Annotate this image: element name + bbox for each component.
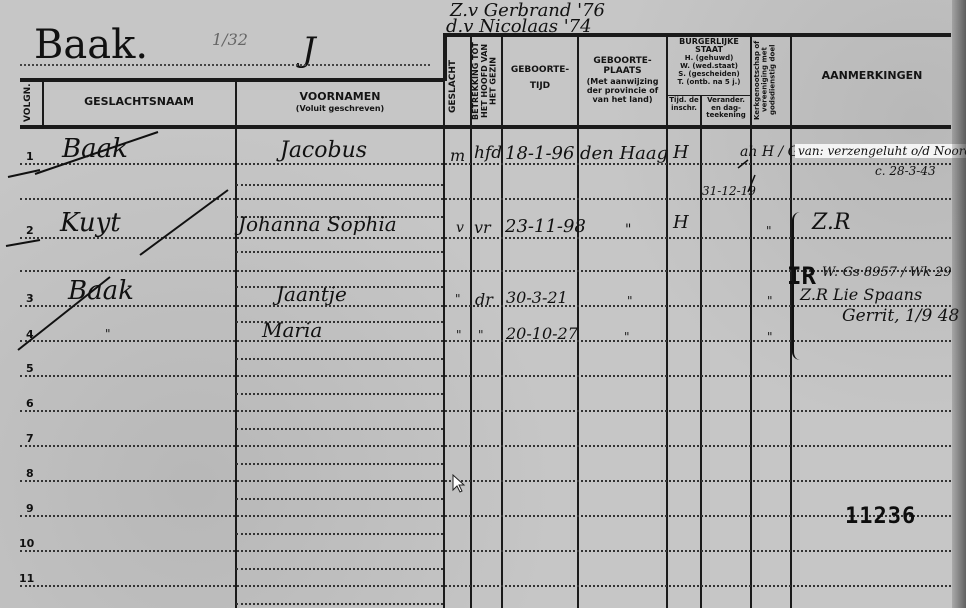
mouse-cursor-icon [452,474,466,494]
registration-card: Baak. 1/32 J Z.v Gerbrand '76 d.v Nicola… [0,0,966,608]
handwritten-strokes [0,0,966,608]
archive-number: 11236 [845,504,916,529]
card-edge-shadow [952,0,966,608]
